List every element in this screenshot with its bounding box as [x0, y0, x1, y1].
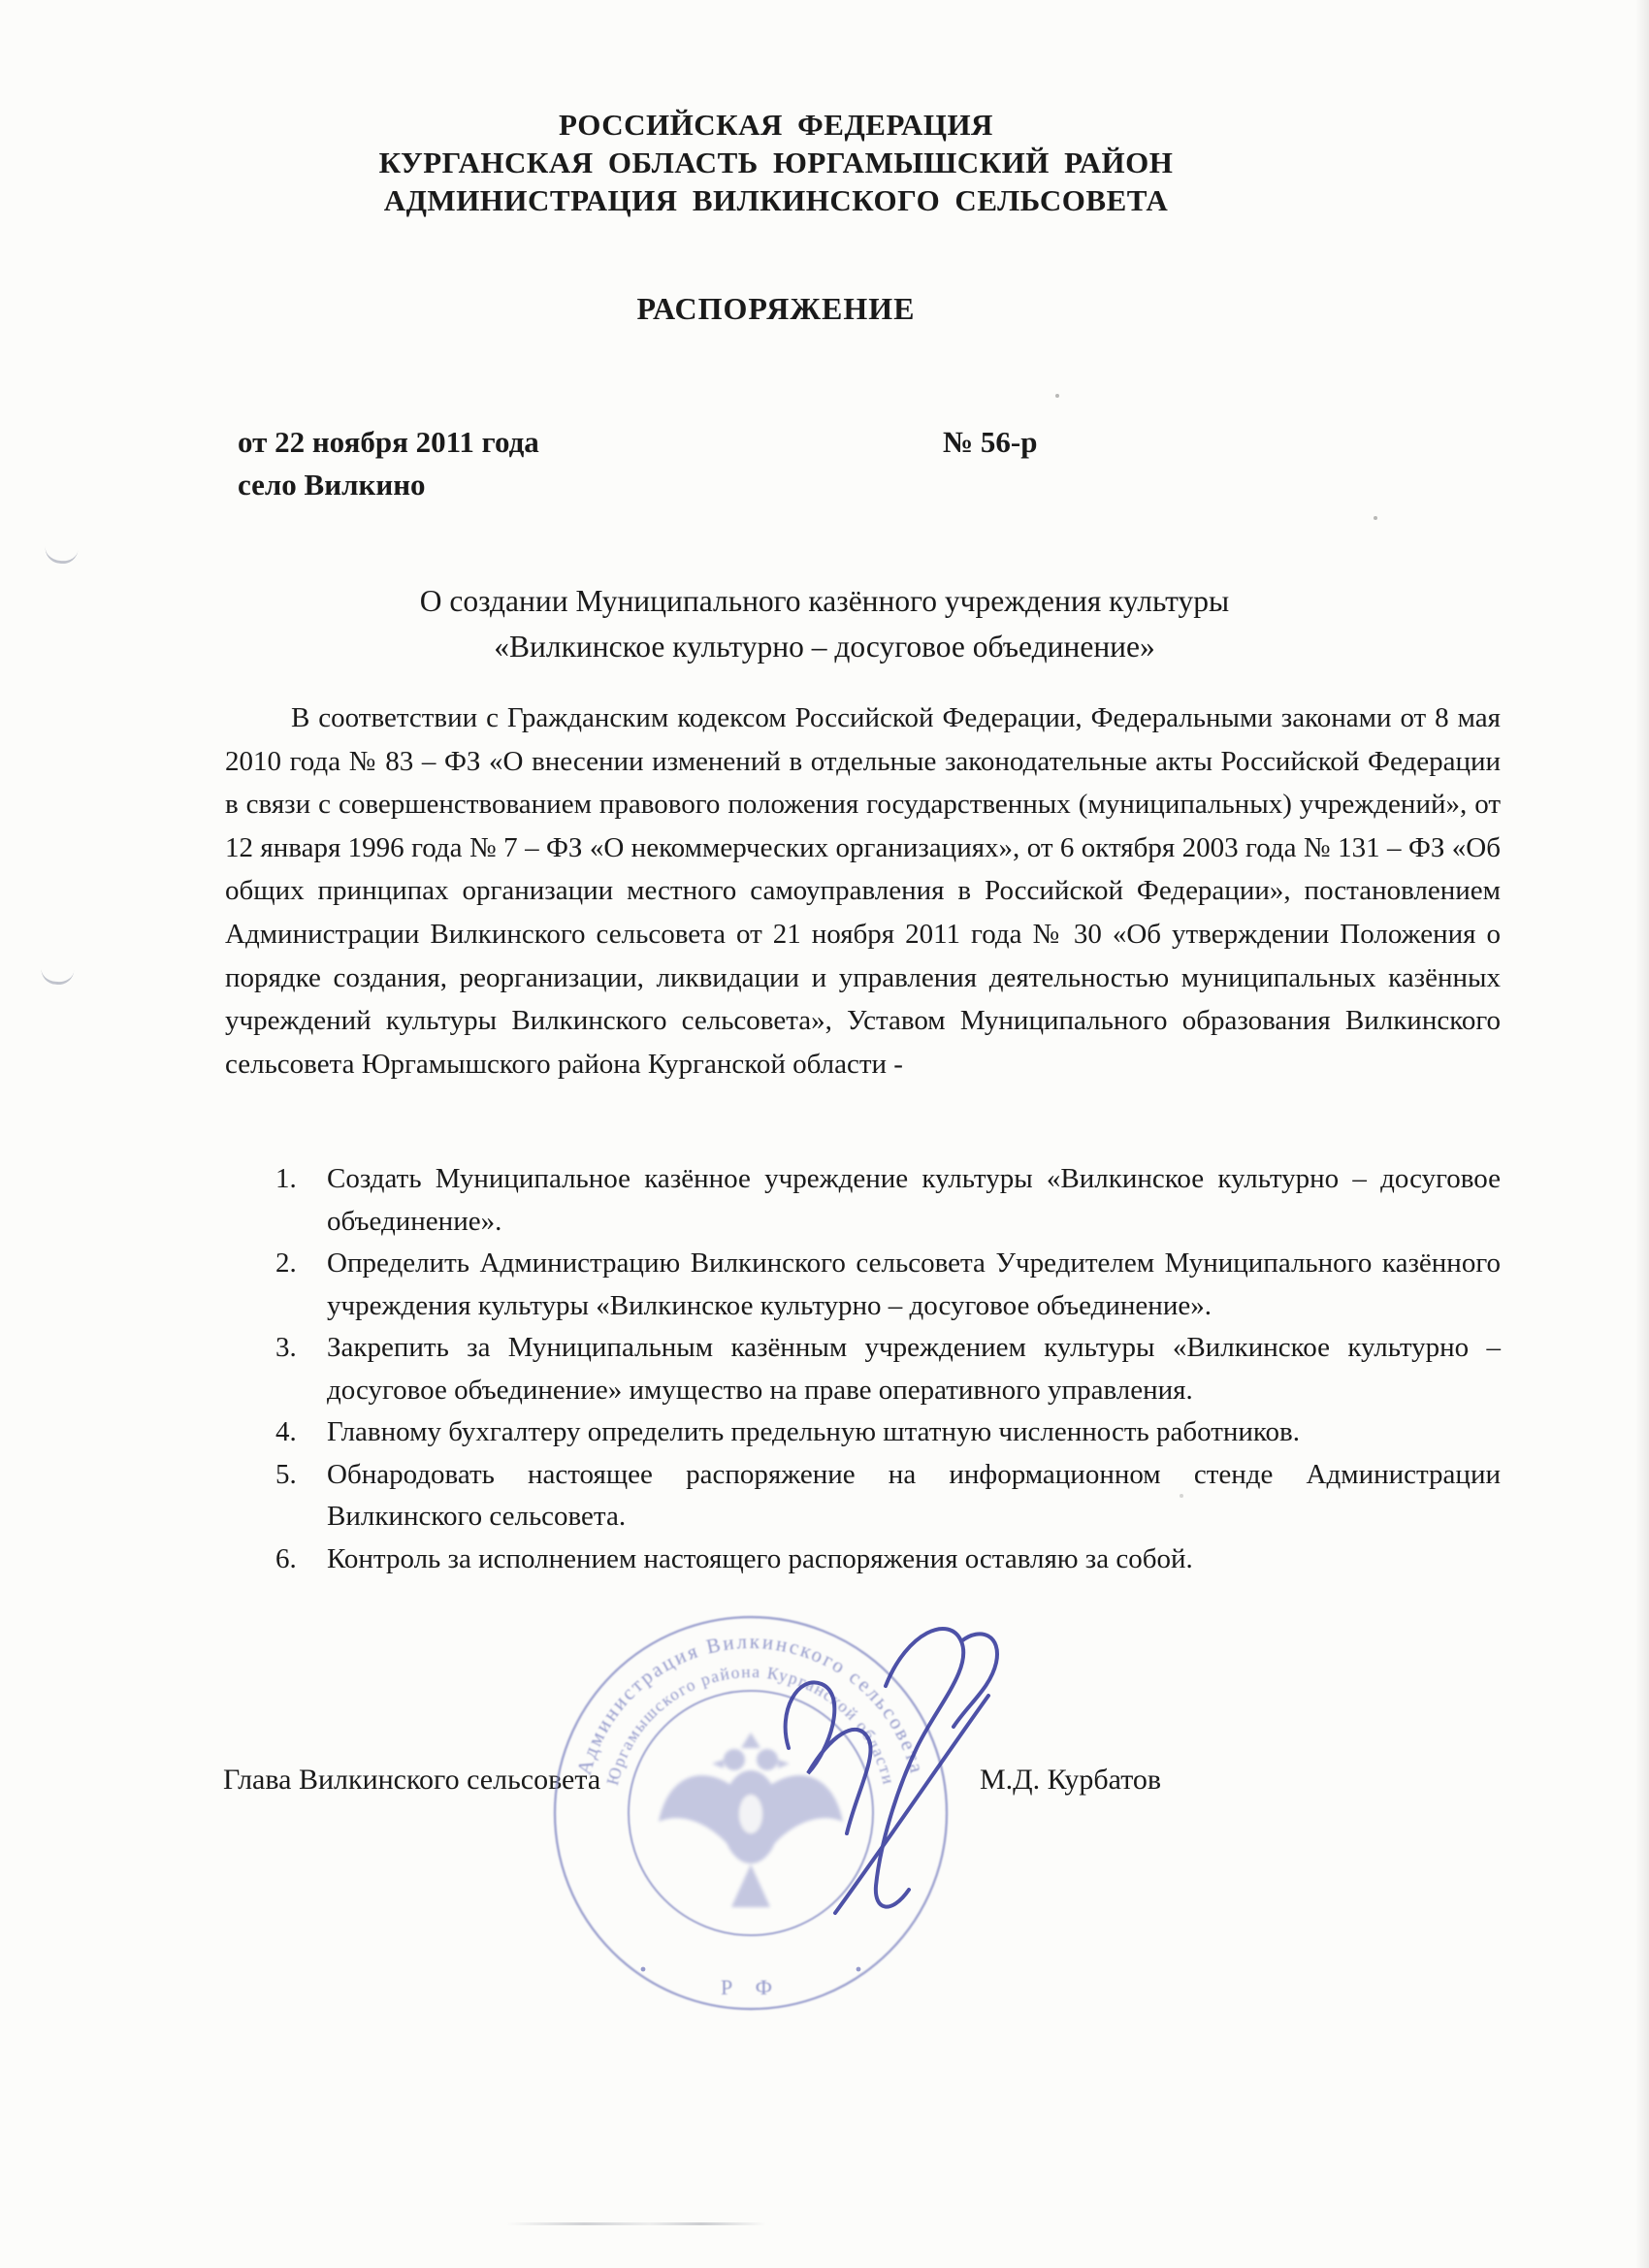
letterhead-region: КУРГАНСКАЯ ОБЛАСТЬ ЮРГАМЫШСКИЙ РАЙОН [0, 145, 1552, 181]
signatory-name: М.Д. Курбатов [980, 1764, 1161, 1797]
document-title-line2: «Вилкинское культурно – досуговое объеди… [145, 624, 1503, 669]
stamp-seal-graphic: Администрация Вилкинского сельсовета Юрг… [527, 1589, 975, 2037]
document-place: село Вилкино [238, 468, 426, 502]
scanned-directive-page: РОССИЙСКАЯ ФЕДЕРАЦИЯ КУРГАНСКАЯ ОБЛАСТЬ … [0, 0, 1649, 2268]
scan-artifact-smudge [506, 2222, 766, 2225]
stamp-inner-ring-text: Юргамышского района Курганской области [602, 1662, 899, 1787]
scan-speck [1374, 516, 1377, 520]
scan-edge-shadow [1635, 0, 1649, 2268]
letterhead-administration: АДМИНИСТРАЦИЯ ВИЛКИНСКОГО СЕЛЬСОВЕТА [0, 182, 1552, 219]
stamp-outer-ring-text: Администрация Вилкинского сельсовета [572, 1630, 929, 1777]
scan-speck [1180, 1494, 1183, 1498]
stamp-eagle-emblem [659, 1733, 843, 1907]
directive-item-6: Контроль за исполнением настоящего распо… [225, 1539, 1501, 1581]
svg-text:Юргамышского района Курганской: Юргамышского района Курганской области [602, 1662, 899, 1787]
scan-speck [1055, 394, 1059, 398]
directive-item-2: Определить Администрацию Вилкинского сел… [225, 1243, 1501, 1327]
stamp-rf-text: Р Ф [721, 1975, 781, 1999]
directive-item-4: Главному бухгалтеру определить предельну… [225, 1411, 1501, 1454]
svg-text:Администрация Вилкинского сель: Администрация Вилкинского сельсовета [572, 1630, 929, 1777]
official-round-stamp: Администрация Вилкинского сельсовета Юрг… [527, 1589, 975, 2037]
directive-item-5: Обнародовать настоящее распоряжение на и… [225, 1454, 1501, 1539]
preamble-paragraph: В соответствии с Гражданским кодексом Ро… [225, 697, 1501, 1085]
signatory-position: Глава Вилкинского сельсовета [223, 1764, 600, 1797]
directive-item-1: Создать Муниципальное казённое учреждени… [225, 1158, 1501, 1243]
directive-item-3: Закрепить за Муниципальным казённым учре… [225, 1327, 1501, 1411]
scan-artifact-curl [40, 965, 74, 986]
document-number: № 56-р [943, 425, 1037, 460]
scan-artifact-curl [44, 543, 79, 565]
letterhead-country: РОССИЙСКАЯ ФЕДЕРАЦИЯ [0, 107, 1552, 144]
document-title-line1: О создании Муниципального казённого учре… [145, 578, 1503, 624]
document-date: от 22 ноября 2011 года [238, 425, 539, 460]
document-type-heading: РАСПОРЯЖЕНИЕ [0, 291, 1552, 327]
directive-list: Создать Муниципальное казённое учреждени… [225, 1158, 1501, 1580]
